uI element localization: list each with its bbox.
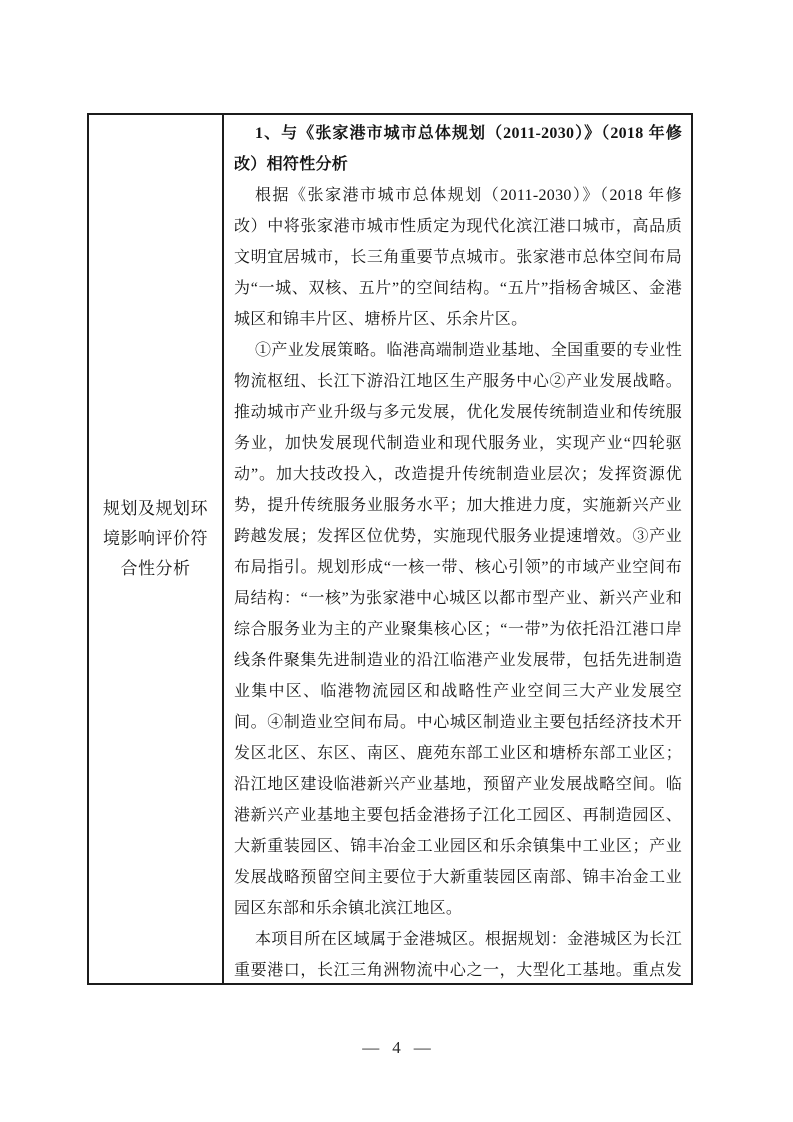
row-header-line-1: 规划及规划环 <box>103 494 208 524</box>
row-header-cell: 规划及规划环 境影响评价符 合性分析 <box>89 115 224 983</box>
paragraph-industry-strategy-layout: ①产业发展策略。临港高端制造业基地、全国重要的专业性物流枢纽、长江下游沿江地区生… <box>234 335 682 924</box>
section-heading: 1、与《张家港市城市总体规划（2011-2030）》（2018 年修改）相符性分… <box>234 118 682 180</box>
page-number: 4 <box>392 1038 401 1057</box>
document-page: 规划及规划环 境影响评价符 合性分析 1、与《张家港市城市总体规划（2011-2… <box>0 0 793 1122</box>
compliance-analysis-table: 规划及规划环 境影响评价符 合性分析 1、与《张家港市城市总体规划（2011-2… <box>87 113 693 985</box>
page-number-dash-right: — <box>414 1038 431 1057</box>
row-header-line-2: 境影响评价符 <box>103 524 208 554</box>
row-header-line-3: 合性分析 <box>121 554 191 584</box>
analysis-content-cell: 1、与《张家港市城市总体规划（2011-2030）》（2018 年修改）相符性分… <box>224 115 691 983</box>
page-number-dash-left: — <box>362 1038 379 1057</box>
page-footer: —4— <box>0 1037 793 1059</box>
paragraph-project-location: 本项目所在区域属于金港城区。根据规划：金港城区为长江重要港口，长江三角洲物流中心… <box>234 924 682 983</box>
paragraph-city-positioning: 根据《张家港市城市总体规划（2011-2030）》（2018 年修改）中将张家港… <box>234 180 682 335</box>
